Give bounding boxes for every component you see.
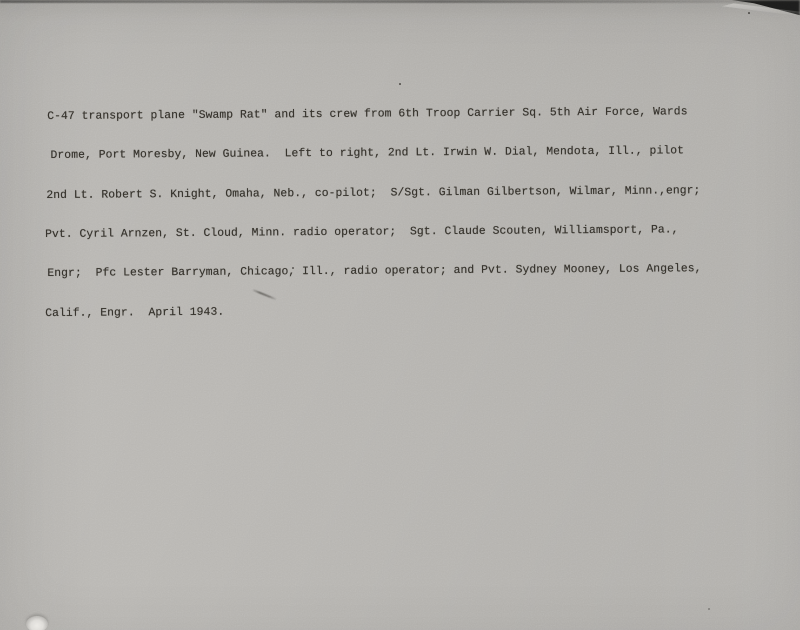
paper-bright-spot <box>26 616 48 630</box>
caption-line: Pvt. Cyril Arnzen, St. Cloud, Minn. radi… <box>45 224 725 242</box>
caption-line: Engr; Pfc Lester Barryman, Chicago, Ill.… <box>47 263 727 281</box>
paper-speck <box>399 83 401 85</box>
scanned-photo-caption-sheet: C-47 transport plane "Swamp Rat" and its… <box>0 0 800 630</box>
paper-speck <box>708 608 710 610</box>
paper-top-edge-shadow <box>0 0 800 3</box>
paper-speck <box>292 267 294 269</box>
caption-text-block: C-47 transport plane "Swamp Rat" and its… <box>45 80 727 347</box>
paper-speck <box>748 12 750 14</box>
caption-line: Drome, Port Moresby, New Guinea. Left to… <box>50 145 730 163</box>
caption-line: C-47 transport plane "Swamp Rat" and its… <box>47 106 727 124</box>
caption-line: Calif., Engr. April 1943. <box>45 303 725 321</box>
caption-line: 2nd Lt. Robert S. Knight, Omaha, Neb., c… <box>46 185 726 203</box>
